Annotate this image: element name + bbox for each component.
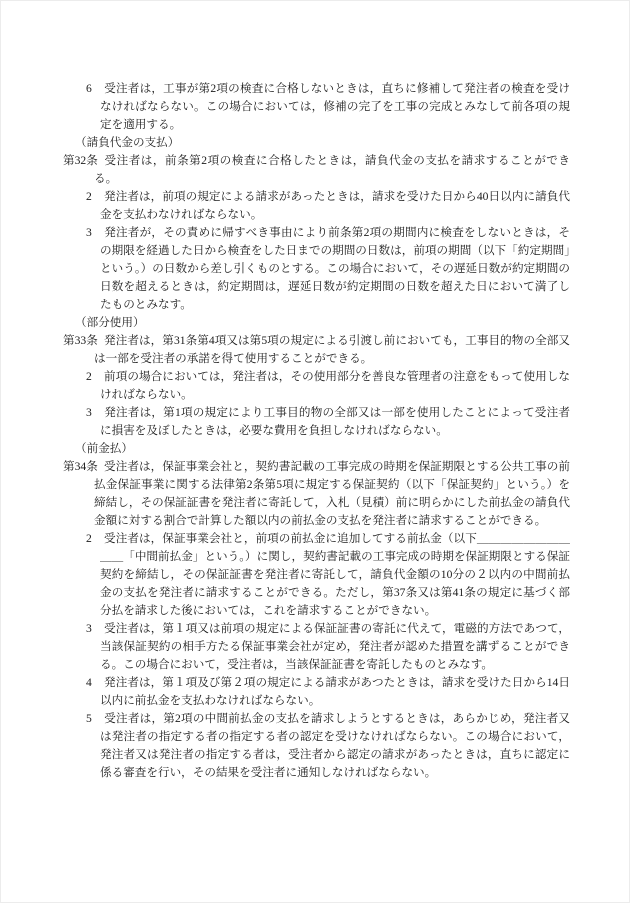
clause-text: 受注者は，第2項の中間前払金の支払を請求しようとするときは，あらかじめ，発注者又…	[100, 712, 570, 779]
clause-text: 受注者は，第１項又は前項の規定による保証証書の寄託に代えて，電磁的方法であつて，…	[100, 622, 570, 671]
article-number: 第34条	[63, 458, 104, 476]
numbered-paragraph: 2発注者は，前項の規定による請求があったときは，請求を受けた日から40日以内に請…	[63, 188, 570, 224]
article-number: 第33条	[63, 332, 104, 350]
article-number: 第32条	[63, 152, 104, 170]
clause-text: 前項の場合においては，発注者は，その使用部分を善良な管理者の注意をもって使用しな…	[100, 370, 570, 401]
paragraph-number: 2	[86, 530, 104, 548]
numbered-paragraph: 3発注者は，第1項の規定により工事目的物の全部又は一部を使用したことによって受注…	[63, 404, 570, 440]
paragraph-number: 3	[86, 224, 104, 242]
document-body: 6受注者は，工事が第2項の検査に合格しないときは，直ちに修補して発注者の検査を受…	[63, 80, 570, 782]
clause-text: 発注者は，第1項の規定により工事目的物の全部又は一部を使用したことによって受注者…	[100, 406, 570, 437]
article-clause: 第34条受注者は，保証事業会社と，契約書記載の工事完成の時期を保証期限とする公共…	[63, 458, 570, 530]
clause-text: 発注者は，第31条第4項又は第5項の規定による引渡し前においても，工事目的物の全…	[94, 334, 570, 365]
numbered-paragraph: 2前項の場合においては，発注者は，その使用部分を善良な管理者の注意をもって使用し…	[63, 368, 570, 404]
clause-text: 受注者は，保証事業会社と，前項の前払金に追加してする前払金（以下＿＿＿＿＿＿＿＿…	[100, 532, 570, 617]
caption-text: （請負代金の支払）	[75, 136, 179, 149]
numbered-paragraph: 4発注者は，第１項及び第２項の規定による請求があつたときは，請求を受けた日から1…	[63, 674, 570, 710]
paragraph-number: 2	[86, 188, 104, 206]
paragraph-number: 6	[86, 80, 104, 98]
document-page: 6受注者は，工事が第2項の検査に合格しないときは，直ちに修補して発注者の検査を受…	[0, 0, 630, 903]
article-clause: 第32条受注者は，前条第2項の検査に合格したときは，請負代金の支払を請求すること…	[63, 152, 570, 188]
paragraph-number: 4	[86, 674, 104, 692]
article-caption: （部分使用）	[63, 314, 570, 332]
paragraph-number: 2	[86, 368, 104, 386]
caption-text: （部分使用）	[75, 316, 145, 329]
article-caption: （請負代金の支払）	[63, 134, 570, 152]
paragraph-number: 5	[86, 710, 104, 728]
clause-text: 受注者は，保証事業会社と，契約書記載の工事完成の時期を保証期限とする公共工事の前…	[94, 460, 570, 527]
clause-text: 受注者は，前条第2項の検査に合格したときは，請負代金の支払を請求することができる…	[94, 154, 570, 185]
numbered-paragraph: 6受注者は，工事が第2項の検査に合格しないときは，直ちに修補して発注者の検査を受…	[63, 80, 570, 134]
clause-text: 発注者は，前項の規定による請求があったときは，請求を受けた日から40日以内に請負…	[100, 190, 570, 221]
article-caption: （前金払）	[63, 440, 570, 458]
paragraph-number: 3	[86, 404, 104, 422]
numbered-paragraph: 3受注者は，第１項又は前項の規定による保証証書の寄託に代えて，電磁的方法であつて…	[63, 620, 570, 674]
numbered-paragraph: 3発注者が，その責めに帰すべき事由により前条第2項の期間内に検査をしないときは，…	[63, 224, 570, 314]
numbered-paragraph: 5受注者は，第2項の中間前払金の支払を請求しようとするときは，あらかじめ，発注者…	[63, 710, 570, 782]
caption-text: （前金払）	[75, 442, 133, 455]
numbered-paragraph: 2受注者は，保証事業会社と，前項の前払金に追加してする前払金（以下＿＿＿＿＿＿＿…	[63, 530, 570, 620]
article-clause: 第33条発注者は，第31条第4項又は第5項の規定による引渡し前においても，工事目…	[63, 332, 570, 368]
paragraph-number: 3	[86, 620, 104, 638]
clause-text: 発注者は，第１項及び第２項の規定による請求があつたときは，請求を受けた日から14…	[100, 676, 570, 707]
clause-text: 発注者が，その責めに帰すべき事由により前条第2項の期間内に検査をしないときは，そ…	[100, 226, 570, 311]
clause-text: 受注者は，工事が第2項の検査に合格しないときは，直ちに修補して発注者の検査を受け…	[100, 82, 570, 131]
